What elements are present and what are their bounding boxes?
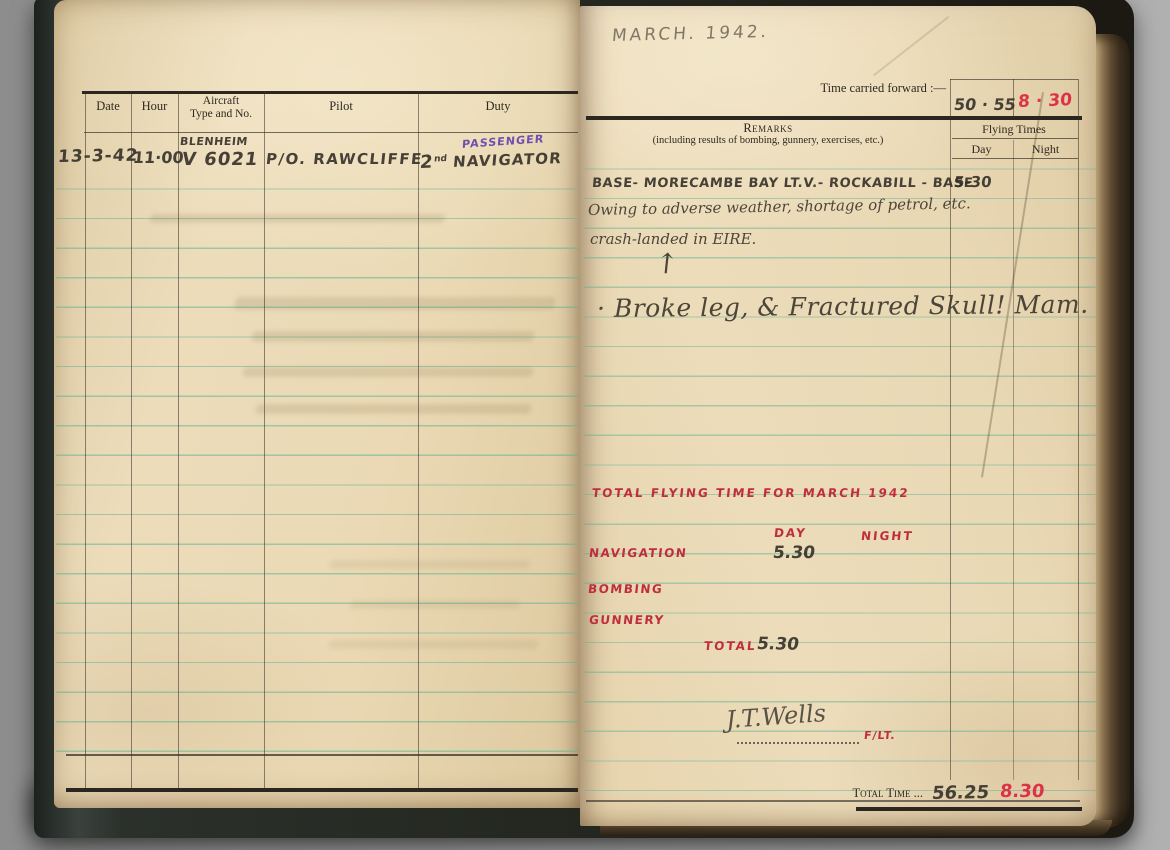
day-column-header: Day bbox=[950, 142, 1013, 157]
entry-pilot: P/O. RAWCLIFFE bbox=[265, 150, 424, 168]
left-table-top-rule bbox=[82, 91, 578, 94]
column-divider bbox=[1078, 116, 1079, 780]
aircraft-column-header: Aircraft Type and No. bbox=[178, 95, 264, 121]
entry-date: 13-3-42 bbox=[57, 146, 139, 167]
total-time-night-value: 8.30 bbox=[999, 781, 1046, 802]
left-footer-rule bbox=[66, 754, 578, 756]
total-time-label: Total Time ... bbox=[795, 786, 923, 801]
summary-row-label: BOMBING bbox=[587, 582, 664, 596]
duty-ordinal: nd bbox=[434, 154, 448, 164]
carried-forward-night-value: 8 · 30 bbox=[1017, 90, 1072, 112]
summary-night-header: NIGHT bbox=[860, 529, 914, 543]
summary-day-header: DAY bbox=[773, 526, 807, 540]
ink-bleedthrough bbox=[255, 404, 531, 414]
summary-row-label: GUNNERY bbox=[588, 613, 665, 627]
remarks-subheader: (including results of bombing, gunnery, … bbox=[586, 135, 950, 146]
remarks-note-line2: crash-landed in EIRE. bbox=[590, 230, 756, 248]
remarks-route: BASE- MORECAMBE BAY LT.V.- ROCKABILL - B… bbox=[591, 176, 974, 191]
ink-bleedthrough bbox=[327, 640, 538, 649]
duty-role: NAVIGATOR bbox=[452, 149, 562, 171]
page-stack-edges bbox=[1090, 34, 1130, 828]
summary-row-day-value: 5.30 bbox=[772, 543, 817, 563]
left-bottom-rule bbox=[66, 788, 578, 792]
ink-bleedthrough bbox=[329, 560, 530, 569]
column-divider bbox=[85, 91, 86, 788]
night-column-header: Night bbox=[1013, 142, 1078, 157]
flight-day-time: 5-30 bbox=[953, 173, 992, 191]
duty-column-header: Duty bbox=[418, 99, 578, 114]
entry-aircraft-type: BLENHEIM bbox=[179, 135, 248, 148]
signature-dotted-line bbox=[737, 742, 859, 744]
summary-row-label: NAVIGATION bbox=[588, 546, 688, 560]
remarks-header: Remarks bbox=[590, 121, 946, 136]
logbook-photo: Date Hour Aircraft Type and No. Pilot Du… bbox=[0, 0, 1170, 850]
annotation-arrow: ↑ bbox=[653, 246, 680, 281]
pilot-column-header: Pilot bbox=[264, 99, 418, 114]
carried-forward-box-divider bbox=[950, 79, 951, 116]
right-bottom-rule bbox=[856, 807, 1082, 811]
entry-hour: 11·00 bbox=[132, 148, 184, 167]
carried-forward-box-top bbox=[950, 79, 1078, 80]
right-table-top-rule bbox=[586, 116, 1082, 120]
ink-bleedthrough bbox=[234, 297, 556, 310]
left-header-underline bbox=[84, 132, 578, 133]
ink-bleedthrough bbox=[242, 367, 533, 377]
flying-times-header: Flying Times bbox=[950, 122, 1078, 137]
flying-times-underline bbox=[952, 138, 1078, 139]
column-divider bbox=[264, 91, 265, 788]
entry-aircraft-number: V 6021 bbox=[181, 149, 260, 170]
summary-title: TOTAL FLYING TIME FOR MARCH 1942 bbox=[591, 486, 910, 500]
ink-bleedthrough bbox=[349, 600, 520, 609]
month-title: MARCH. 1942. bbox=[611, 22, 770, 46]
signature-rank: F/LT. bbox=[863, 729, 896, 742]
family-annotation: · Broke leg, & Fractured Skull! Mam. bbox=[597, 290, 1089, 323]
summary-total-value: 5.30 bbox=[755, 634, 800, 655]
carried-forward-label: Time carried forward :— bbox=[700, 81, 946, 96]
hour-column-header: Hour bbox=[131, 99, 178, 114]
column-divider bbox=[178, 91, 179, 788]
column-divider bbox=[950, 116, 951, 780]
carried-forward-box-divider bbox=[1078, 79, 1079, 116]
duty-number: 2 bbox=[419, 152, 435, 173]
summary-total-label: TOTAL bbox=[703, 639, 757, 653]
ink-bleedthrough bbox=[149, 214, 445, 223]
column-divider bbox=[131, 91, 132, 788]
column-divider bbox=[418, 91, 419, 788]
carried-forward-day-value: 50 · 55 bbox=[953, 95, 1017, 114]
total-time-day-value: 56.25 bbox=[931, 782, 991, 804]
day-night-underline bbox=[952, 158, 1078, 159]
ink-bleedthrough bbox=[251, 331, 535, 342]
column-divider bbox=[1013, 140, 1014, 780]
date-column-header: Date bbox=[85, 99, 131, 114]
